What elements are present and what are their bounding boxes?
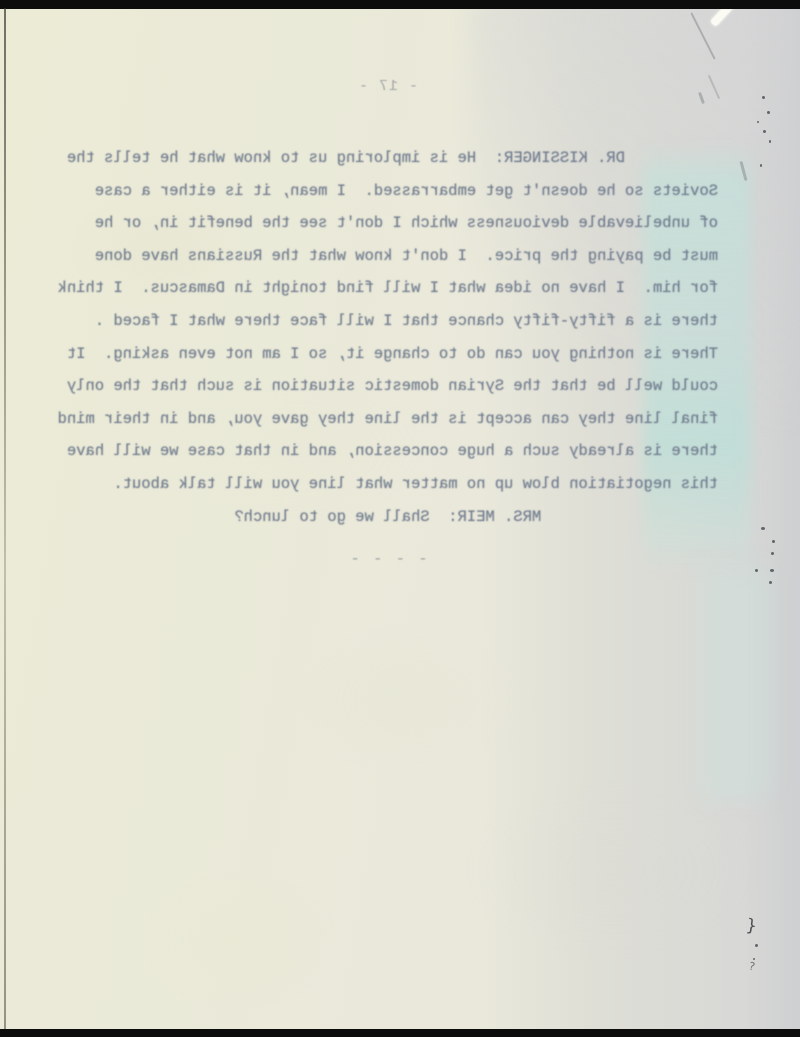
page-edge-line [4, 8, 6, 1029]
ink-dot [769, 140, 771, 143]
mirrored-text-block: - 17 - DR. KISSINGER: He is imploring us… [58, 78, 718, 583]
typed-line: DR. KISSINGER: He is imploring us to kno… [58, 142, 718, 175]
typed-line: MRS. MEIR: Shall we go to lunch? [58, 501, 718, 534]
typed-line: there is a fifty-fifty chance that I wil… [58, 305, 718, 338]
ink-dot [769, 581, 772, 584]
typed-line: could well be that the Syrian domestic s… [58, 370, 718, 403]
typed-paragraph: DR. KISSINGER: He is imploring us to kno… [58, 142, 718, 533]
pen-bracket-mark: } [745, 915, 759, 936]
ink-dot [772, 540, 775, 543]
typed-line: this negotiation blow up no matter what … [58, 468, 718, 501]
typed-line: There is nothing you can do to change it… [58, 338, 718, 371]
typed-line: for him. I have no idea what I will find… [58, 272, 718, 305]
page-number: - 17 - [58, 78, 718, 95]
ink-dot [760, 164, 762, 167]
ink-dot [767, 111, 770, 114]
carbon-tint-patch [700, 565, 772, 800]
scan-edge-bottom [0, 1029, 800, 1037]
typed-line: of unbelievable deviousness which I don'… [58, 207, 718, 240]
ink-dot [757, 121, 759, 123]
ink-dot [755, 944, 758, 947]
ink-dot [762, 96, 765, 99]
scratch-mark [739, 161, 747, 181]
crease-mark [710, 0, 740, 27]
scratch-mark [690, 12, 715, 59]
ink-dot [761, 527, 765, 530]
ink-dot [771, 552, 774, 555]
scanned-page: - 17 - DR. KISSINGER: He is imploring us… [0, 0, 800, 1037]
pen-question-mark: ? [748, 960, 756, 974]
typed-line: must be paying the price. I don't know w… [58, 240, 718, 273]
ink-dot [763, 130, 766, 133]
ink-dot [770, 569, 774, 572]
typed-line: final line they can accept is the line t… [58, 403, 718, 436]
typed-line: Soviets so he doesn't get embarrassed. I… [58, 175, 718, 208]
scan-edge-top [0, 0, 800, 9]
section-divider: - - - - [58, 550, 718, 568]
ink-dot [755, 569, 758, 572]
typed-line: there is already such a huge concession,… [58, 435, 718, 468]
